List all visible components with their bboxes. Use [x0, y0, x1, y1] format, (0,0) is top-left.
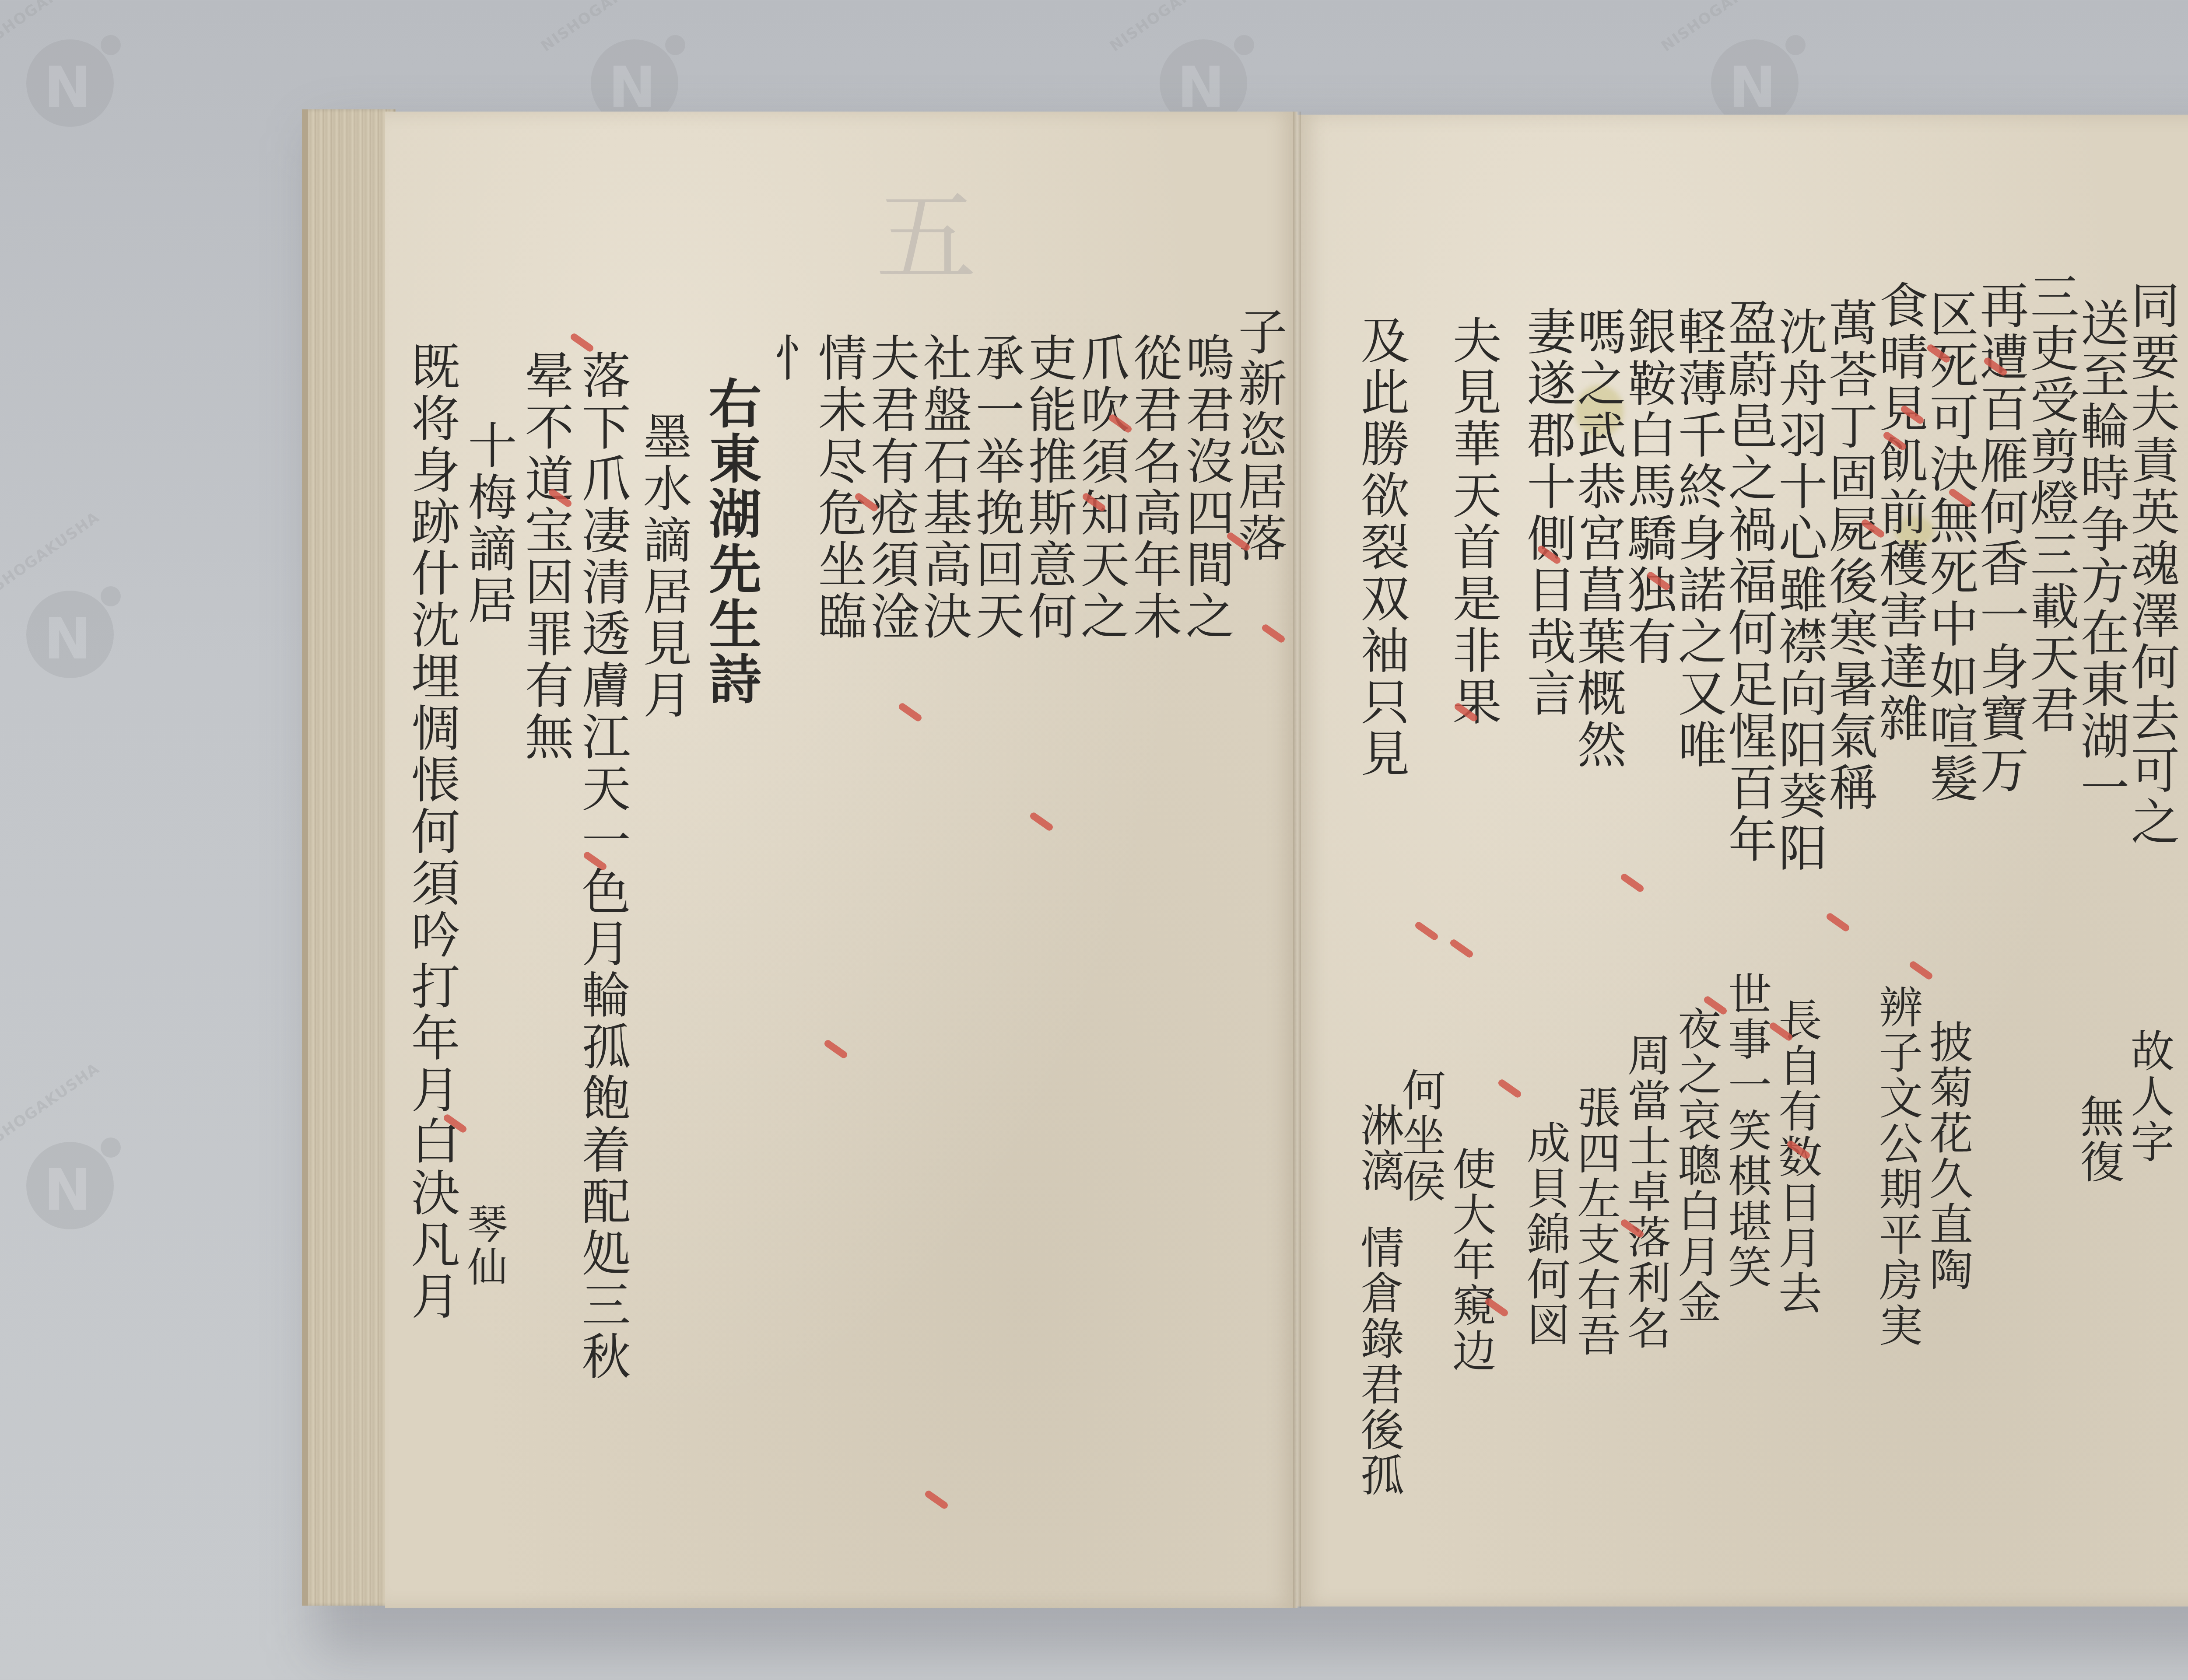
left-prose-column: 子新恣居落 — [1234, 306, 1283, 564]
watermark-logo: N NISHOGAKUSHA — [13, 17, 127, 131]
right-text-column-lower: 故人字 — [2127, 1028, 2170, 1165]
poem-line: 既将身跡什沈埋惆悵何須吟打年月白決凡月 — [407, 341, 456, 1322]
watermark-dot — [101, 1137, 121, 1158]
right-text-column-lower: 世事一笑棋堪笑 — [1724, 971, 1768, 1290]
right-text-column: 銀鞍白馬驕独有 — [1623, 306, 1673, 668]
right-text-column-lower: 長自有数日月去 — [1774, 997, 1818, 1316]
right-text-column: 同要夫責英魂澤何去可之 — [2127, 280, 2176, 848]
left-prose-column: 吏能推斯意何 — [1024, 332, 1073, 642]
right-text-column: 妻遂郡十側目哉言 — [1523, 306, 1572, 719]
book-gutter — [1293, 112, 1301, 1608]
poem-title: 墨水謫居見月 — [639, 411, 688, 721]
right-text-column: 夫見華天首是非果 — [1448, 315, 1497, 728]
right-text-column-lower: 張四左支右吾 — [1573, 1085, 1617, 1358]
author-signature: 琴仙 — [464, 1203, 504, 1289]
right-text-column: 及此勝欲裂双袖只見 — [1357, 315, 1406, 780]
left-prose-column: 忄 — [770, 332, 819, 384]
right-text-column-lower: 何坐侯 — [1398, 1067, 1442, 1204]
watermark-n-icon: N — [44, 1162, 91, 1218]
left-prose-column: 從君名高年未 — [1129, 332, 1178, 642]
right-text-column-lower: 成貝錦何図 — [1523, 1120, 1567, 1347]
watermark-dot — [101, 586, 121, 606]
right-text-column: 嗎之武恭宮菖葉概然 — [1573, 306, 1622, 771]
right-text-column: 三吏受剪燈三載天君 — [2026, 271, 2075, 736]
right-text-column-lower: 淋漓 — [1357, 1102, 1400, 1193]
watermark-n-icon: N — [1729, 59, 1776, 116]
left-prose-column: 爪吹須知天之 — [1076, 332, 1126, 642]
watermark-n-icon: N — [44, 610, 91, 667]
watermark-logo: N NISHOGAKUSHA — [13, 569, 127, 682]
right-text-column: 萬荅丁固屍後寒暑氣稱 — [1825, 297, 1874, 814]
poem-line: 晕不道宝因罪有無 — [521, 350, 570, 763]
watermark-dot — [1785, 35, 1806, 55]
right-text-column-lower: 周當士卓落利名 — [1623, 1032, 1667, 1351]
left-prose-column: 夫君有疮須淦 — [866, 332, 915, 642]
right-text-column: 再遭百雁何香一身寶万 — [1976, 280, 2025, 796]
watermark-logo: N NISHOGAKUSHA — [1698, 17, 1812, 131]
watermark-n-icon: N — [608, 59, 656, 116]
left-prose-column: 社盤石基高決 — [919, 332, 968, 642]
right-text-column: 区死可決無死中如喧髮 — [1925, 289, 1974, 805]
left-prose-column: 承一举挽回天 — [971, 332, 1020, 642]
right-text-column: 沈舟羽十心雖襟向阳葵阳 — [1774, 306, 1823, 874]
watermark-dot — [101, 35, 121, 55]
right-text-column: 食晴見飢前穫害達雜 — [1875, 280, 1924, 745]
watermark-label: NISHOGAKUSHA — [0, 1060, 103, 1158]
right-text-column-lower: 情倉錄君後孤 — [1357, 1225, 1400, 1498]
watermark-n-icon: N — [1177, 59, 1225, 116]
right-text-column-lower: 披菊花久直陶 — [1925, 1019, 1969, 1292]
right-text-column: 盈蔚邑之禍福何足惺百年 — [1724, 297, 1773, 865]
left-prose-column: 嗚君沒四間之 — [1182, 332, 1231, 642]
watermark-dot — [665, 35, 685, 55]
right-text-column-lower: 使大年窺边 — [1448, 1146, 1492, 1374]
right-text-column: 軽薄千終身諾之又唯 — [1674, 306, 1723, 771]
poem-title: 十梅謫居 — [464, 420, 513, 626]
watermark-dot — [1234, 35, 1254, 55]
right-text-column: 送至輪時争方在東湖一 — [2076, 297, 2125, 814]
watermark-logo: N NISHOGAKUSHA — [13, 1120, 127, 1234]
watermark-label: NISHOGAKUSHA — [0, 508, 103, 606]
right-text-column-lower: 無復 — [2076, 1094, 2120, 1185]
bleed-through-title: 五 — [866, 184, 967, 284]
watermark-n-icon: N — [44, 59, 91, 116]
book-page-edges — [302, 109, 396, 1606]
right-text-column-lower: 夜之哀聰白月金 — [1674, 1006, 1718, 1325]
poem-attribution-heading: 右東湖先生詩 — [705, 376, 757, 707]
right-text-column-lower: 辨子文公期平房実 — [1875, 984, 1919, 1348]
